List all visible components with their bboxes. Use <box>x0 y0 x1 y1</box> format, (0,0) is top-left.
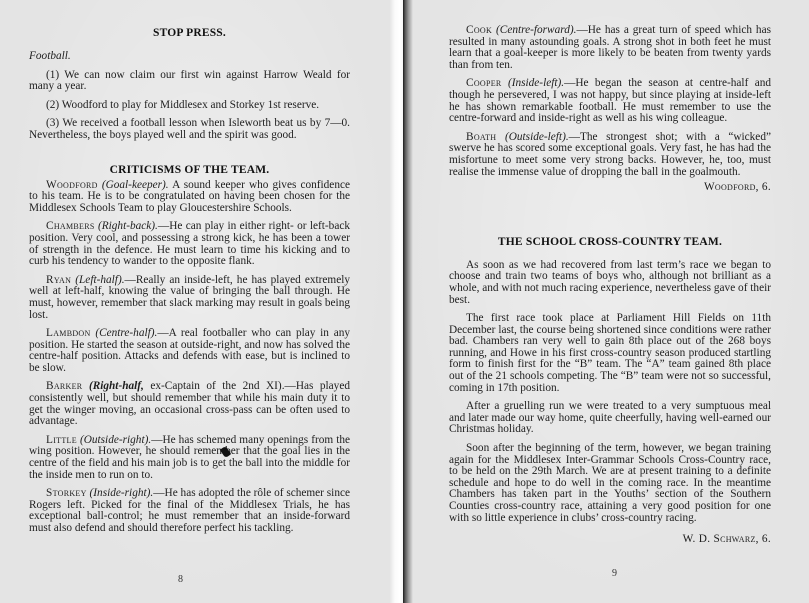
stop-press-heading: STOP PRESS. <box>29 27 350 39</box>
cross-country-paragraph: The first race took place at Parliament … <box>449 313 771 394</box>
player-critique-boath: Boath (Outside-left).—The strongest shot… <box>449 132 771 178</box>
critique-text: —He has schemed many openings from the w… <box>29 434 350 481</box>
page-number: 8 <box>178 574 183 595</box>
cross-country-paragraph: Soon after the beginning of the term, ho… <box>449 443 771 524</box>
left-page: STOP PRESS. Football. (1) We can now cla… <box>0 0 394 603</box>
player-critique-cooper: Cooper (Inside-left).—He began the seaso… <box>449 78 771 124</box>
player-name: Ryan <box>46 274 71 286</box>
player-position: (Inside-right). <box>90 487 154 499</box>
player-position: (Left-half). <box>75 274 124 286</box>
player-name: Barker <box>46 380 82 392</box>
player-name: Chambers <box>46 220 95 232</box>
player-position: (Inside-left). <box>508 77 564 89</box>
stop-press-item: (3) We received a football lesson when I… <box>29 118 350 141</box>
player-position: (Centre-forward). <box>496 24 576 36</box>
player-position: (Outside-left). <box>505 131 569 143</box>
criticisms-signature: Woodford, 6. <box>449 182 771 194</box>
player-name: Storkey <box>46 487 87 499</box>
critique-text: —The strongest shot; with a “wicked” swe… <box>449 131 771 178</box>
player-position: (Centre-half). <box>95 327 157 339</box>
player-critique-chambers: Chambers (Right-back).—He can play in ei… <box>29 221 350 267</box>
player-position: (Right-half, <box>89 380 144 392</box>
player-position: (Right-back). <box>98 220 158 232</box>
player-critique-ryan: Ryan (Left-half).—Really an inside-left,… <box>29 275 350 321</box>
player-critique-storkey: Storkey (Inside-right).—He has adopted t… <box>29 488 350 534</box>
stop-press-item: (2) Woodford to play for Middlesex and S… <box>29 100 350 112</box>
football-subheading: Football. <box>29 51 350 63</box>
player-critique-cook: Cook (Centre-forward).—He has a great tu… <box>449 25 771 71</box>
cross-country-signature: W. D. Schwarz, 6. <box>449 534 771 546</box>
player-critique-little: Little (Outside-right).—He has schemed m… <box>29 435 350 481</box>
cross-country-heading: THE SCHOOL CROSS-COUNTRY TEAM. <box>449 236 771 248</box>
player-name: Boath <box>466 131 496 143</box>
player-name: Little <box>46 434 77 446</box>
player-position-detail: ex-Captain of the 2nd XI). <box>144 380 285 392</box>
cross-country-paragraph: After a gruelling run we were treated to… <box>449 401 771 436</box>
player-critique-barker: Barker (Right-half, ex-Captain of the 2n… <box>29 381 350 427</box>
right-page-content: Cook (Centre-forward).—He has a great tu… <box>449 25 771 546</box>
book-spine-shadow <box>403 0 413 603</box>
player-critique-lambdon: Lambdon (Centre-half).—A real footballer… <box>29 328 350 374</box>
page-number: 9 <box>612 568 617 595</box>
player-position: (Goal-keeper). <box>102 179 169 191</box>
right-page: Cook (Centre-forward).—He has a great tu… <box>404 0 809 603</box>
stop-press-item: (1) We can now claim our first win again… <box>29 70 350 93</box>
cross-country-paragraph: As soon as we had recovered from last te… <box>449 260 771 306</box>
book-gutter <box>390 0 404 603</box>
player-name: Lambdon <box>46 327 91 339</box>
criticisms-heading: CRITICISMS OF THE TEAM. <box>29 164 350 176</box>
player-name: Woodford <box>46 179 98 191</box>
player-position: (Outside-right). <box>80 434 151 446</box>
player-critique-woodford: Woodford (Goal-keeper). A sound keeper w… <box>29 180 350 215</box>
player-name: Cook <box>466 24 492 36</box>
left-page-content: STOP PRESS. Football. (1) We can now cla… <box>29 27 350 535</box>
player-name: Cooper <box>466 77 502 89</box>
